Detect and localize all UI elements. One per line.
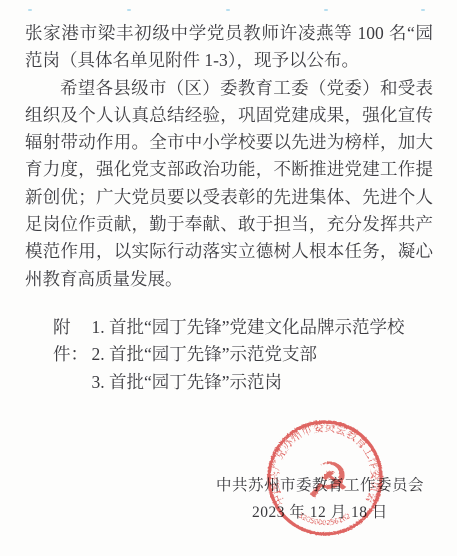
official-seal: 中国共产党苏州市委员会教育工作委员会 ☭ 3205000256162 (263, 416, 387, 540)
body-line: 辐射带动作用。全市中小学校要以先进为榜样，加大党建品牌培 (25, 129, 433, 156)
body-line: 范岗（具体名单见附件 1-3），现予以公布。 (25, 47, 433, 74)
scan-speck (28, 9, 32, 11)
attachment-item: 1. 首批“园丁先锋”党建文化品牌示范学校 (92, 314, 405, 342)
scan-speck (127, 9, 131, 11)
scan-speck (421, 9, 425, 11)
attachment-indent (53, 341, 92, 369)
body-line: 组织及个人认真总结经验，巩固党建成果，强化宣传推广，发挥 (25, 102, 433, 129)
seal-code: 3205000256162 (297, 511, 352, 527)
body-line: 足岗位作贡献，勤于奉献、敢于担当，充分发挥共产党员的先锋 (25, 211, 433, 238)
scan-speck (226, 9, 230, 11)
attachment-item: 2. 首批“园丁先锋”示范党支部 (92, 341, 318, 369)
body-line: 希望各县级市（区）委教育工委（党委）和受表彰的学校党 (25, 75, 433, 102)
attachment-row: 2. 首批“园丁先锋”示范党支部 (53, 341, 433, 369)
attachment-indent (53, 369, 92, 397)
body-line: 州教育高质量发展。 (25, 266, 433, 293)
scan-speck (324, 9, 328, 11)
document-body: 张家港市梁丰初级中学党员教师许凌燕等 100 名“园丁先锋”示 范岗（具体名单见… (25, 20, 433, 396)
attachments-list: 附件： 1. 首批“园丁先锋”党建文化品牌示范学校 2. 首批“园丁先锋”示范党… (53, 314, 433, 397)
attachment-row: 附件： 1. 首批“园丁先锋”党建文化品牌示范学校 (53, 314, 433, 342)
body-line: 张家港市梁丰初级中学党员教师许凌燕等 100 名“园丁先锋”示 (25, 20, 433, 47)
body-line: 新创优；广大党员要以受表彰的先进集体、先进个人为榜样，立 (25, 184, 433, 211)
attachment-item: 3. 首批“园丁先锋”示范岗 (92, 369, 283, 397)
attachment-row: 3. 首批“园丁先锋”示范岗 (53, 369, 433, 397)
body-line: 育力度，强化党支部政治功能，不断推进党建工作提质增效、创 (25, 156, 433, 183)
attachments-label: 附件： (53, 314, 92, 342)
body-line: 模范作用，以实际行动落实立德树人根本任务，凝心聚力推动苏 (25, 238, 433, 265)
hammer-sickle-icon: ☭ (306, 452, 351, 510)
svg-text:3205000256162: 3205000256162 (297, 511, 352, 527)
